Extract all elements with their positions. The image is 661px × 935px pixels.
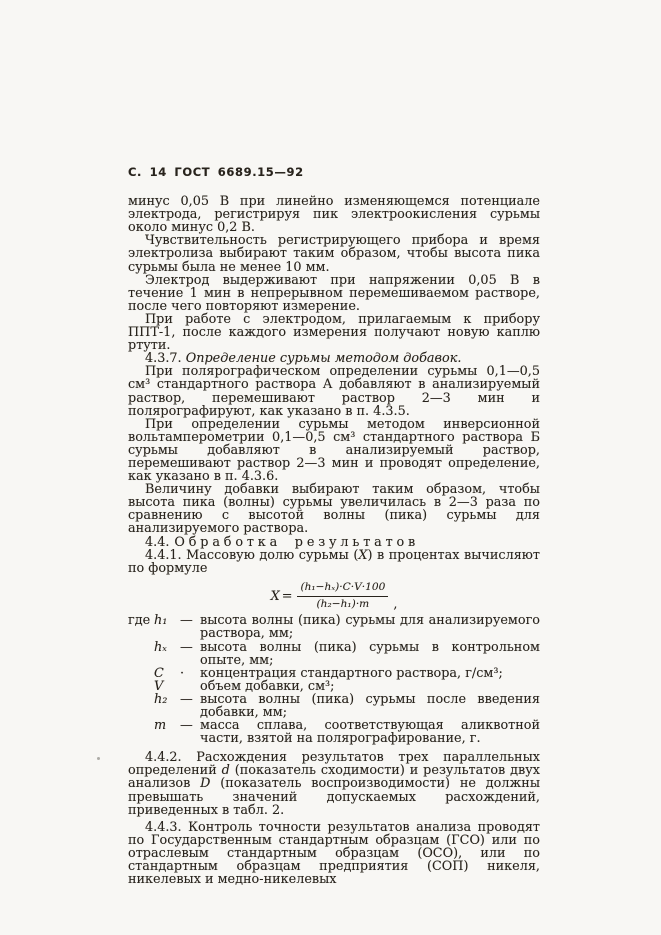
var-dash: · xyxy=(180,667,200,680)
page-content: С. 14 ГОСТ 6689.15—92 минус 0,05 В при л… xyxy=(128,166,540,886)
paragraph-electrode: Электрод выдерживают при напряжении 0,05… xyxy=(128,274,540,313)
var-dash: — xyxy=(180,614,200,640)
var-dash: — xyxy=(180,693,200,719)
running-header: С. 14 ГОСТ 6689.15—92 xyxy=(128,166,540,179)
paragraph-ppt1: При работе с электродом, прилагаемым к п… xyxy=(128,313,540,352)
vars-spacer xyxy=(128,667,154,680)
paragraph-polarographic: При полярографическом определении сурьмы… xyxy=(128,365,540,417)
formula-comma: , xyxy=(393,598,397,611)
formula: X= (h₁−hₓ)·C·V·100 (h₂−h₁)·m , xyxy=(128,581,540,612)
var-description: высота волны (пика) сурьмы для анализиру… xyxy=(200,614,540,640)
vars-spacer xyxy=(128,641,154,667)
scanned-document-page: С. 14 ГОСТ 6689.15—92 минус 0,05 В при л… xyxy=(0,0,661,935)
fraction-denominator: (h₂−h₁)·m xyxy=(297,597,388,612)
paragraph-inversion: При определении сурьмы методом инверсион… xyxy=(128,418,540,483)
var-symbol: h₂ xyxy=(154,693,180,719)
section-4-4-2-paragraph: 4.4.2. Расхождения результатов трех пара… xyxy=(128,751,540,816)
var-description: объем добавки, см³; xyxy=(200,680,540,693)
var-dash: — xyxy=(180,719,200,745)
fraction-numerator: (h₁−hₓ)·C·V·100 xyxy=(297,581,388,597)
var-symbol: h₁ xyxy=(154,614,180,640)
variables-list: где h₁ — высота волны (пика) сурьмы для … xyxy=(128,614,540,745)
vars-spacer xyxy=(128,693,154,719)
equals-sign: = xyxy=(282,590,293,603)
vars-spacer xyxy=(128,680,154,693)
var-description: высота волны (пика) сурьмы в контрольном… xyxy=(200,641,540,667)
formula-fraction: (h₁−hₓ)·C·V·100 (h₂−h₁)·m xyxy=(297,581,388,612)
paragraph-continuation: минус 0,05 В при линейно изменяющемся по… xyxy=(128,195,540,234)
var-description: масса сплава, соответствующая аликвотной… xyxy=(200,719,540,745)
section-4-4-1-paragraph: 4.4.1. Массовую долю сурьмы (X) в процен… xyxy=(128,549,540,575)
paragraph-sensitivity: Чувствительность регистрирующего прибора… xyxy=(128,234,540,273)
var-symbol: V xyxy=(154,680,180,693)
var-description: высота волны (пика) сурьмы после введени… xyxy=(200,693,540,719)
var-dash: — xyxy=(180,641,200,667)
var-symbol: C xyxy=(154,667,180,680)
paragraph-addition-size: Величину добавки выбирают таким образом,… xyxy=(128,483,540,535)
vars-intro: где xyxy=(128,614,154,640)
var-description: концентрация стандартного раствора, г/см… xyxy=(200,667,540,680)
scan-speck xyxy=(97,757,100,760)
var-symbol: m xyxy=(154,719,180,745)
var-dash xyxy=(180,680,200,693)
var-symbol: hₓ xyxy=(154,641,180,667)
section-4-4-3-paragraph: 4.4.3. Контроль точности результатов ана… xyxy=(128,821,540,886)
vars-spacer xyxy=(128,719,154,745)
formula-lhs: X xyxy=(271,590,280,603)
